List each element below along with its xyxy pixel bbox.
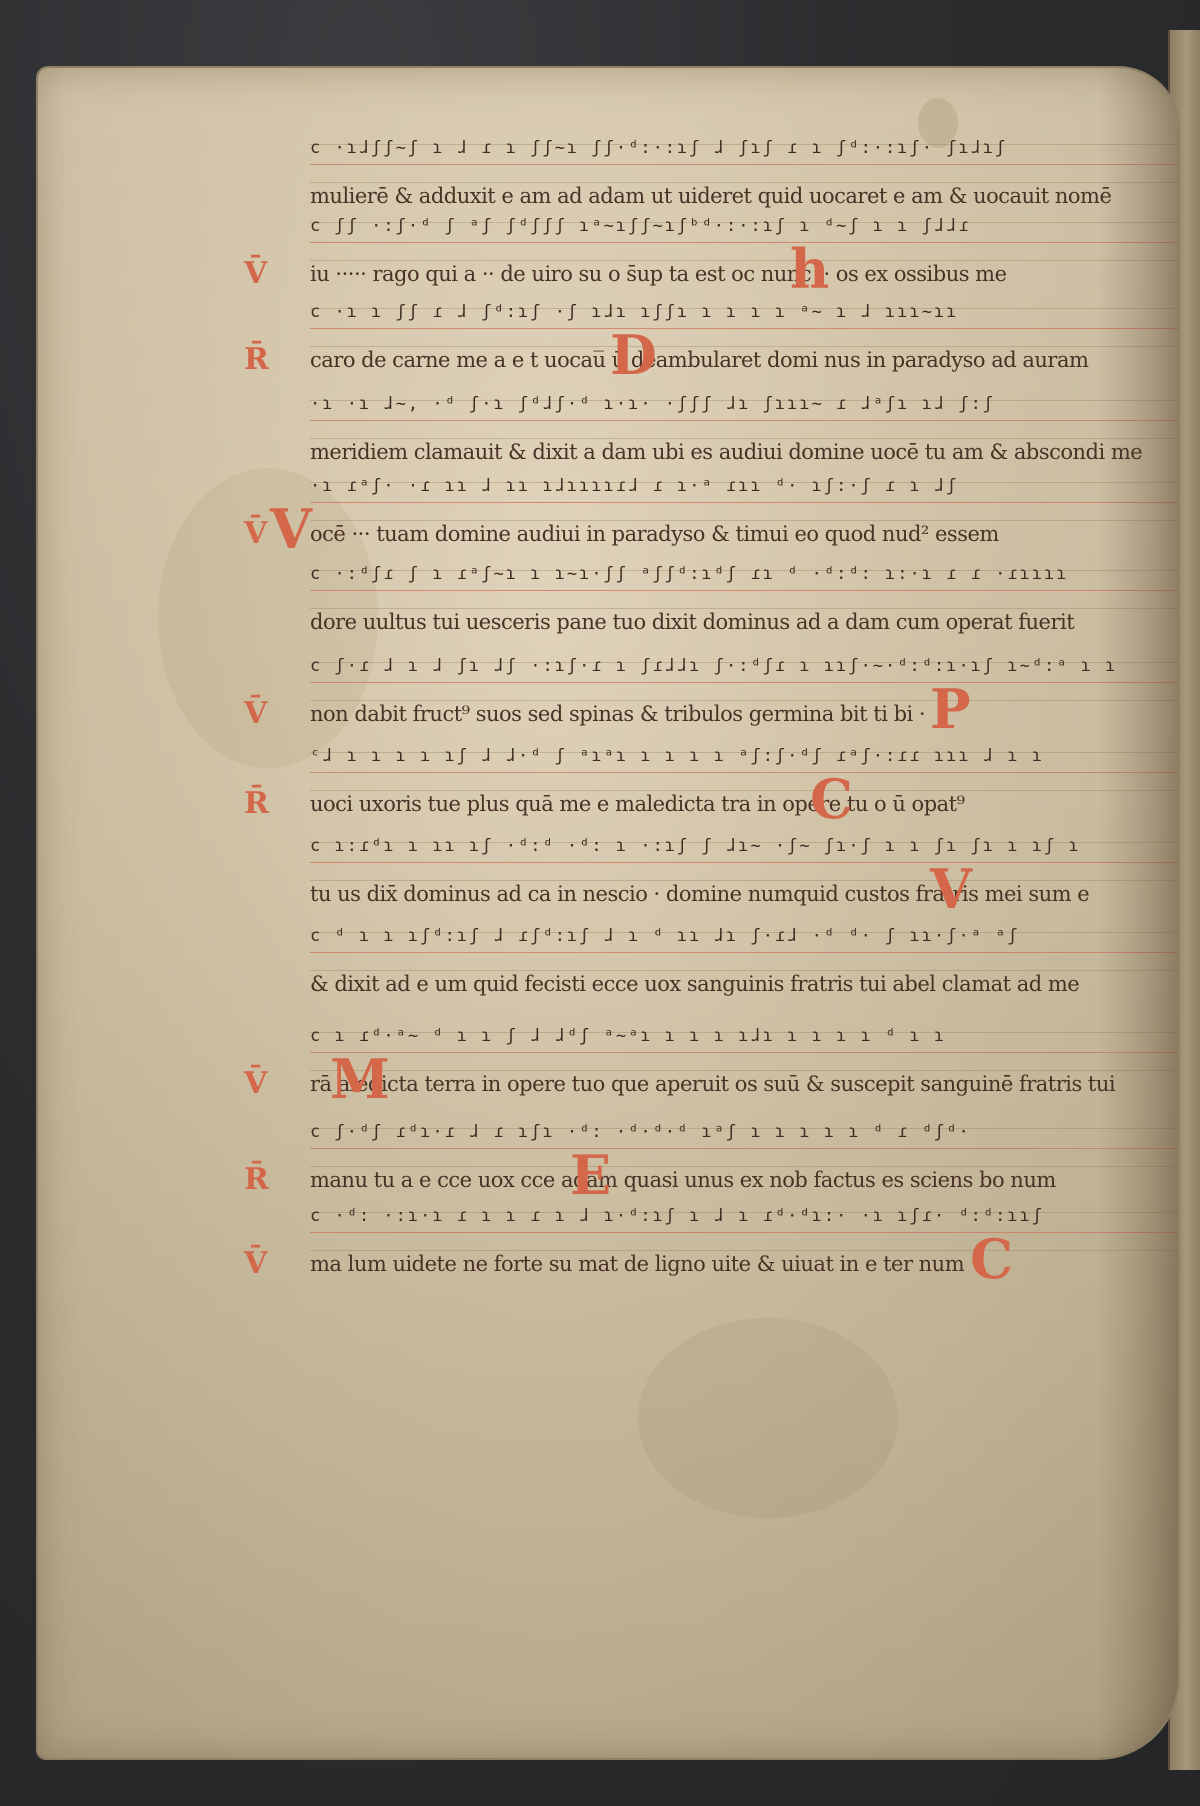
rubric-siglum: R̄ [244,1162,269,1197]
red-initial: V [270,502,312,556]
red-initial: h [790,242,829,296]
red-initial: E [570,1148,611,1202]
ruling-line [310,182,1178,183]
ruling-line [310,1250,1178,1251]
lyric-text-line: rā aledicta terra in opere tuo que aperu… [310,1072,1178,1106]
lyric-text-line: meridiem clamauit & dixit a dam ubi es a… [310,440,1178,474]
lyric-text-line: manu tu a e cce uox cce adam quasi unus … [310,1168,1178,1202]
lyric-text-line: caro de carne me a e t uocau̅ ū deambula… [310,348,1178,382]
rubric-siglum: R̄ [244,786,269,821]
stain [638,1318,898,1518]
neume-row: c ·ɿ ɿ ʃʃ ɾ ɺ ʃᵈ:ɿʃ ·ʃ ɿɺɿ ɿʃʃɿ ɿ ɿ ɿ ɿ … [310,302,1178,342]
neume-row: c ·ɿɺʃʃ~ʃ ɿ ɺ ɾ ɿ ʃʃ~ɿ ʃʃ·ᵈ:·:ɿʃ ɺ ʃɿʃ ɾ… [310,138,1178,178]
rubric-siglum: V̄ [244,1246,267,1281]
neume-row: c ɿ:ɾᵈɿ ɿ ɿɿ ɿʃ ·ᵈ:ᵈ ·ᵈ: ɿ ·:ɿʃ ʃ ɺɿ~ ·ʃ… [310,836,1178,876]
ruling-line [310,970,1178,971]
ruling-line [310,790,1178,791]
red-initial: V [930,862,972,916]
ruling-line [310,260,1178,261]
ruling-line [310,880,1178,881]
red-initial: M [330,1052,390,1106]
neume-row: c ʃʃ ·:ʃ·ᵈ ʃ ᵃʃ ʃᵈʃʃʃ ɿᵃ~ɿʃʃ~ɿʃᵇᵈ·:·:ɿʃ … [310,216,1178,256]
ruling-line [310,346,1178,347]
ruling-line [310,1070,1178,1071]
lyric-text-line: dore uultus tui uesceris pane tuo dixit … [310,610,1178,644]
lyric-text-line: tu us dix̄ dominus ad ca in nescio · dom… [310,882,1178,916]
ruling-line [310,608,1178,609]
neume-row: c ʃ·ᵈʃ ɾᵈɿ·ɾ ɺ ɾ ɿʃɿ ·ᵈ: ·ᵈ·ᵈ·ᵈ ɿᵃʃ ɿ ɿ … [310,1122,1178,1162]
neume-row: c ᵈ ɿ ɿ ɿʃᵈ:ɿʃ ɺ ɾʃᵈ:ɿʃ ɺ ɿ ᵈ ɿɿ ɺɿ ʃ·ɾɺ… [310,926,1178,966]
red-initial: P [930,682,971,736]
neume-row: ·ɿ ɾᵃʃ· ·ɾ ɿɿ ɺ ɿɿ ɿɺɿɿɿɿɾɺ ɾ ɿ·ᵃ ɾɿɿ ᵈ·… [310,476,1178,516]
rubric-siglum: V̄ [244,516,267,551]
neume-row: c ·ᵈ: ·:ɿ·ɿ ɾ ɿ ɿ ɾ ɿ ɺ ɿ·ᵈ:ɿʃ ɿ ɺ ɿ ɾᵈ·… [310,1206,1178,1246]
neume-row: ·ɿ ·ɿ ɺ~, ·ᵈ ʃ·ɿ ʃᵈɺʃ·ᵈ ɿ·ɿ· ·ʃʃʃ ɺɿ ʃɿɿ… [310,394,1178,434]
lyric-text-line: ma lum uidete ne forte su mat de ligno u… [310,1252,1178,1286]
rubric-siglum: R̄ [244,342,269,377]
ruling-line [310,1166,1178,1167]
neume-row: c ʃ·ɾ ɺ ɿ ɺ ʃɿ ɺʃ ·:ɿʃ·ɾ ɿ ʃɾɺɺɿ ʃ·:ᵈʃɾ … [310,656,1178,696]
lyric-text-line: non dabit fruct⁹ suos sed spinas & tribu… [310,702,1178,736]
rubric-siglum: V̄ [244,696,267,731]
rubric-siglum: V̄ [244,256,267,291]
ruling-line [310,700,1178,701]
lyric-text-line: mulierē & adduxit e am ad adam ut uidere… [310,184,1178,218]
lyric-text-line: & dixit ad e um quid fecisti ecce uox sa… [310,972,1178,1006]
red-initial: D [610,328,657,382]
neume-row: c ·:ᵈʃɾ ʃ ɿ ɾᵃʃ~ɿ ɿ ɿ~ɿ·ʃʃ ᵃʃʃᵈ:ɿᵈʃ ɾɿ ᵈ… [310,564,1178,604]
manuscript-folio: c ·ɿɺʃʃ~ʃ ɿ ɺ ɾ ɿ ʃʃ~ɿ ʃʃ·ᵈ:·:ɿʃ ɺ ʃɿʃ ɾ… [38,68,1178,1758]
neume-row: c ɿ ɾᵈ·ᵃ~ ᵈ ɿ ɿ ʃ ɺ ɺᵈʃ ᵃ~ᵃɿ ɿ ɿ ɿ ɿɺɿ ɿ… [310,1026,1178,1066]
neume-row: ᶜɺ ɿ ɿ ɿ ɿ ɿʃ ɺ ɺ·ᵈ ʃ ᵃɿᵃɿ ɿ ɿ ɿ ɿ ᵃʃ:ʃ·… [310,746,1178,786]
lyric-text-line: uoci uxoris tue plus quā me e maledicta … [310,792,1178,826]
lyric-text-line: ocē ··· tuam domine audiui in paradyso &… [310,522,1178,556]
lyric-text-line: iu ····· rago qui a ·· de uiro su o s̄up… [310,262,1178,296]
ruling-line [310,520,1178,521]
ruling-line [310,438,1178,439]
red-initial: C [970,1232,1013,1286]
rubric-siglum: V̄ [244,1066,267,1101]
red-initial: C [810,772,853,826]
